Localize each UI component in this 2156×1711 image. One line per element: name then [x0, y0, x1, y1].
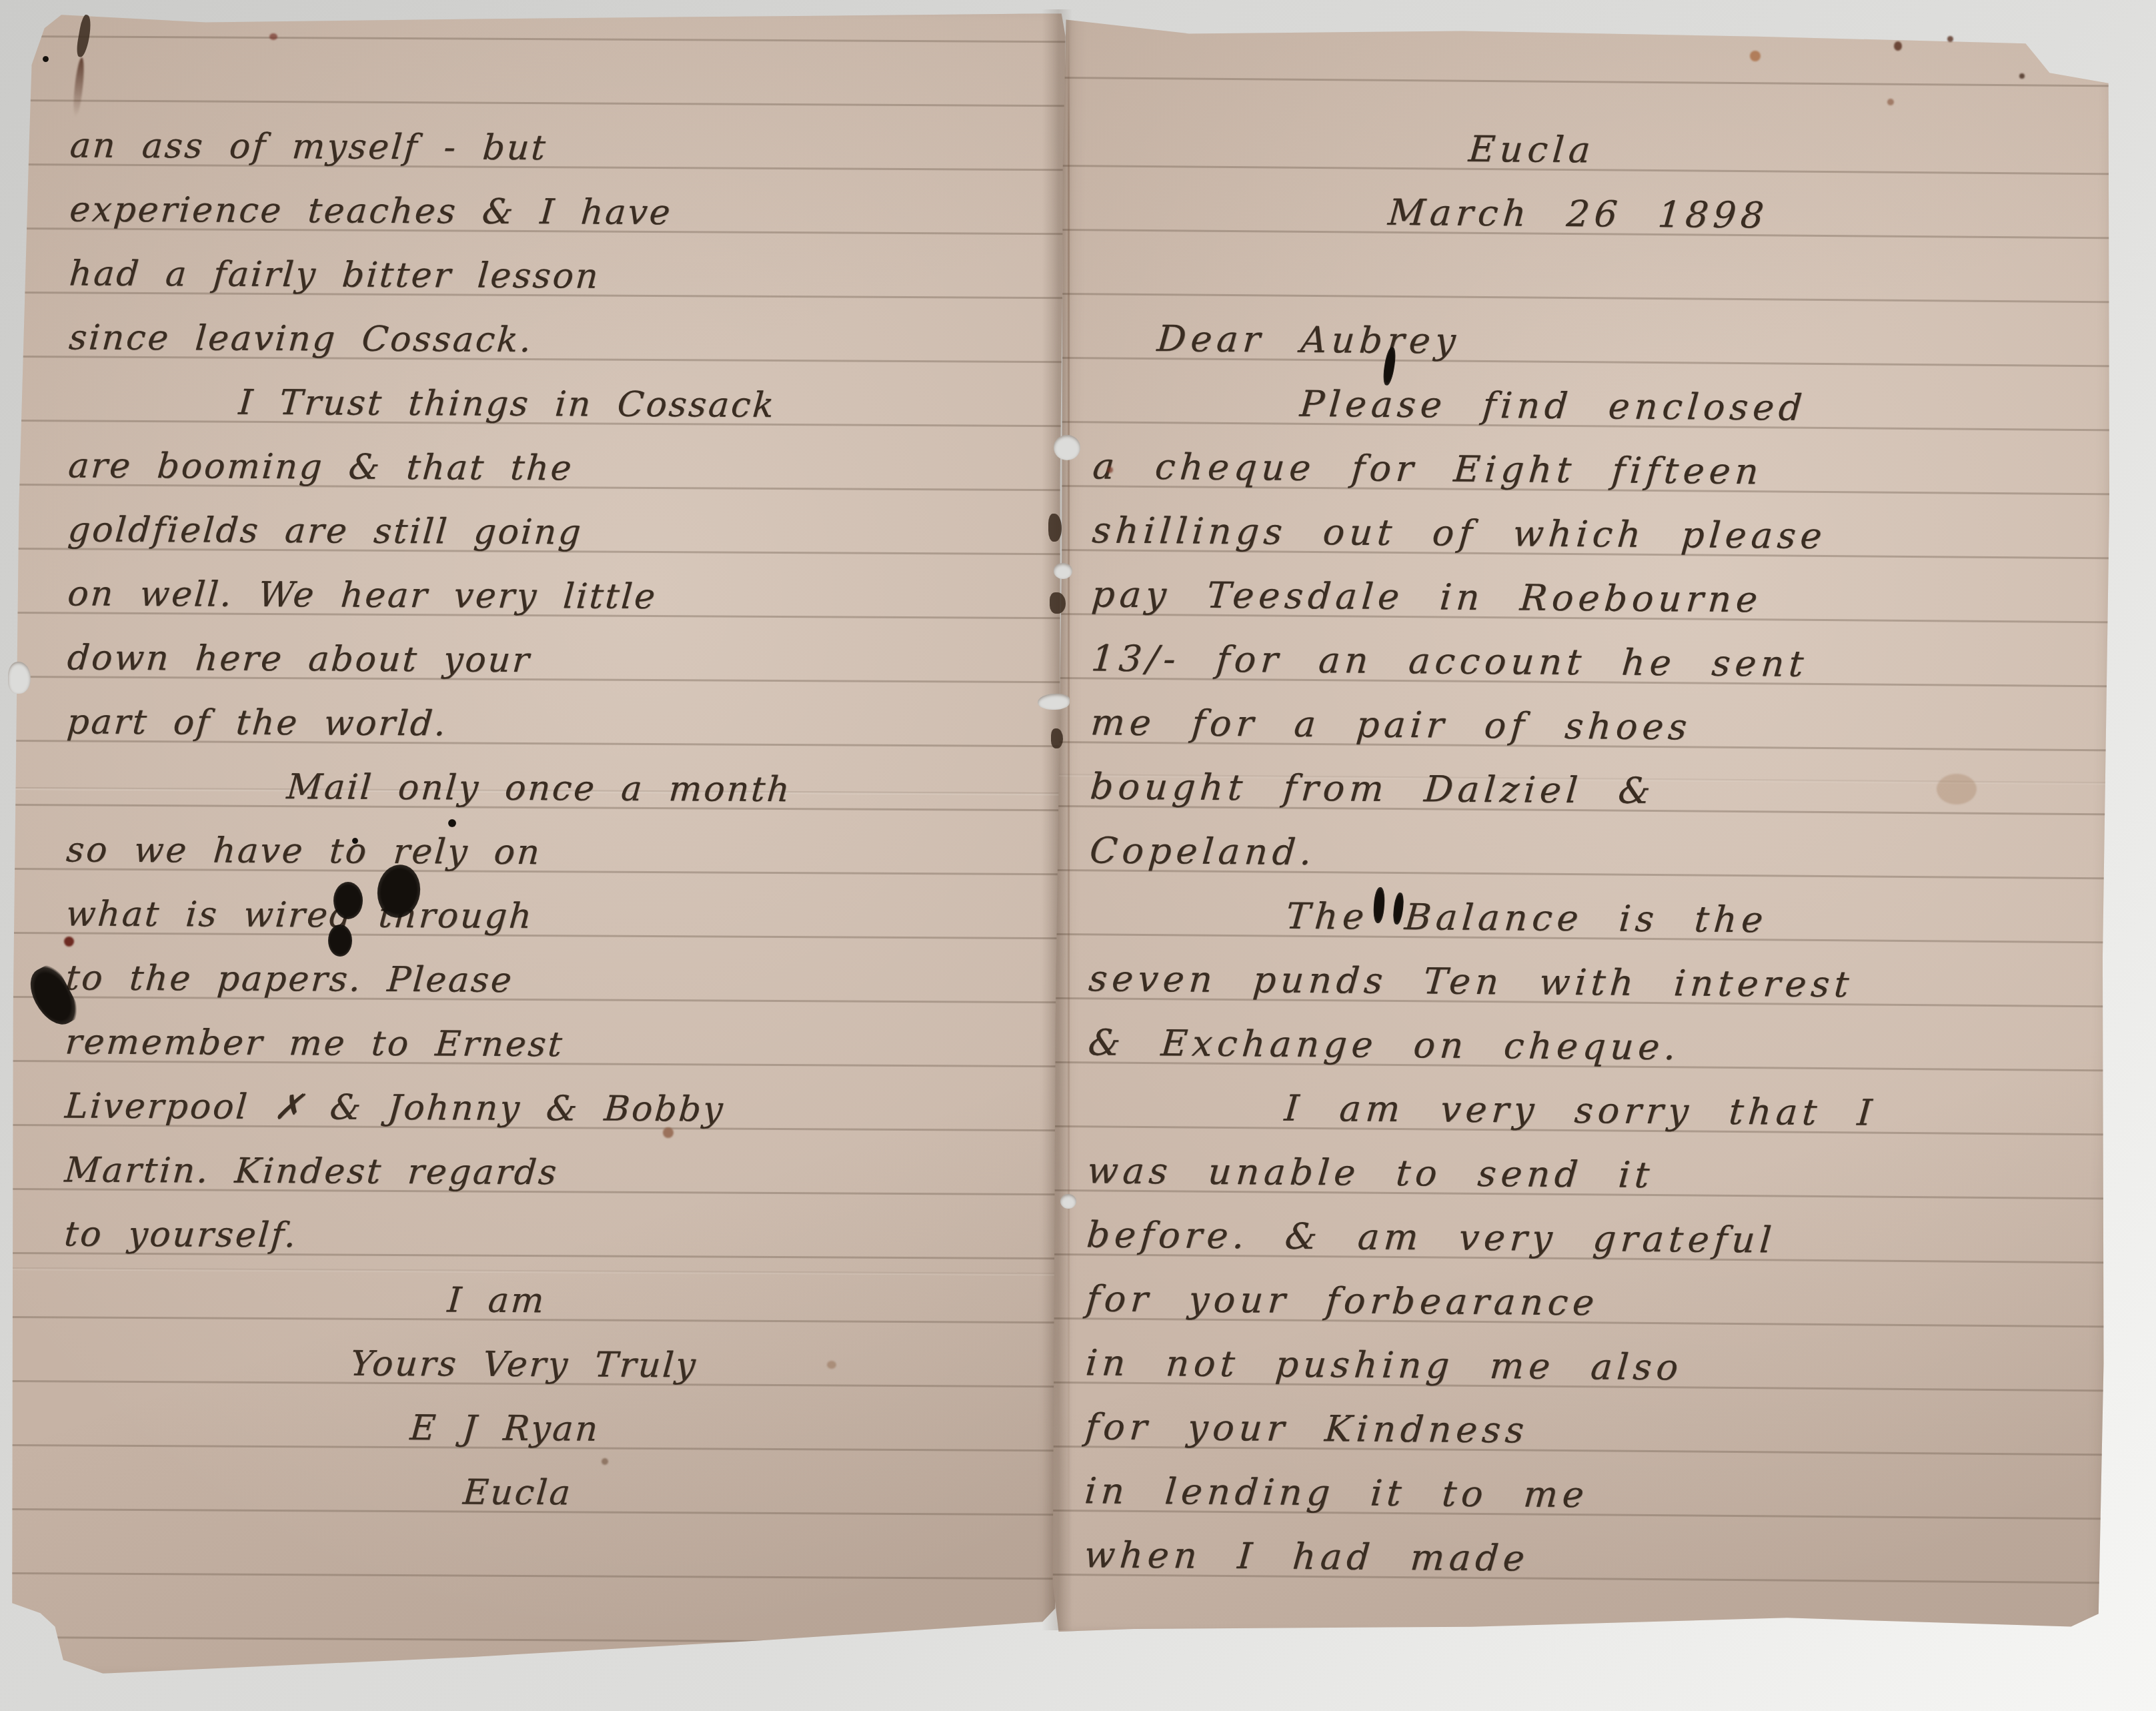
fold-dark-fleck — [1048, 514, 1062, 542]
handwriting-line: remember me to Ernest — [64, 998, 1060, 1067]
handwriting-line: Mail only once a month — [65, 742, 1062, 811]
fold-dark-fleck — [1051, 728, 1063, 748]
handwriting-text: me for a pair of shoes — [1089, 701, 1693, 748]
edge-tear-notch — [8, 662, 31, 694]
handwriting-line: & Exchange on cheque. — [1087, 999, 2108, 1071]
handwriting-line: to yourself. — [63, 1190, 1059, 1259]
rust-speck — [827, 1361, 836, 1369]
handwriting-text: Eucla — [461, 1473, 574, 1514]
rust-speck — [1750, 51, 1761, 61]
handwriting-line: Martin. Kindest regards — [63, 1126, 1060, 1195]
signature: E J Ryan — [62, 1382, 1058, 1452]
handwriting-line: goldfields are still going — [67, 486, 1063, 555]
handwriting-text: had a fairly bitter lesson — [68, 253, 602, 296]
handwriting-text: Copeland. — [1088, 829, 1318, 873]
handwriting-text: remember me to Ernest — [64, 1022, 566, 1065]
handwriting-line: to the papers. Please — [64, 934, 1060, 1003]
fold-tear-hole — [1054, 435, 1080, 460]
handwriting-text: when I had made — [1083, 1534, 1531, 1579]
handwriting-text: Dear Aubrey — [1156, 318, 1462, 362]
rust-speck — [1887, 99, 1894, 105]
letter-page-right: Eucla March 26 1898 Dear Aubrey Please f… — [1050, 7, 2115, 1640]
signature-place: Eucla — [61, 1446, 1058, 1516]
handwriting-text: seven punds Ten with interest — [1087, 957, 1855, 1005]
handwriting-line-with-strikeout: Liverpool ✗ & Johnny & Bobby — [63, 1062, 1060, 1131]
handwriting-line: shillings out of which please — [1091, 487, 2112, 559]
handwriting-text: Yours Very Truly — [349, 1344, 699, 1386]
handwriting-text: experience teaches & I have — [68, 189, 674, 233]
handwriting-text: part of the world. — [65, 702, 449, 744]
handwriting-text: what is wired through — [65, 894, 535, 937]
handwriting-text: Liverpool ✗ & Johnny & Bobby — [63, 1086, 726, 1129]
letter-page-left: an ass of myself - but experience teache… — [9, 8, 1066, 1678]
handwriting-text: a cheque for Eight fifteen — [1091, 445, 1765, 492]
blank-line — [1093, 231, 2114, 303]
handwriting-text: to yourself. — [63, 1214, 299, 1255]
handwriting-left: an ass of myself - but experience teache… — [9, 8, 1066, 1516]
handwriting-line: The Balance is the — [1088, 871, 2109, 943]
handwriting-line: since leaving Cossack. — [67, 294, 1064, 363]
handwriting-line: Please find enclosed — [1092, 359, 2113, 431]
handwriting-text: in not pushing me also — [1084, 1341, 1685, 1388]
handwriting-line: when I had made — [1083, 1512, 2104, 1584]
handwriting-line: Copeland. — [1088, 807, 2109, 879]
handwriting-text: shillings out of which please — [1091, 509, 1829, 557]
rust-speck — [663, 1127, 674, 1138]
handwriting-text: on well. We hear very little — [66, 574, 658, 617]
handwriting-text: Mail only once a month — [285, 767, 793, 810]
handwriting-text: Eucla — [1467, 128, 1596, 171]
fold-tear-hole — [1060, 1194, 1076, 1209]
fold-tear-hole — [1038, 694, 1070, 710]
handwriting-text: before. & am very grateful — [1085, 1213, 1777, 1261]
fold-dark-fleck — [1050, 592, 1066, 614]
closing-signoff: Yours Very Truly — [62, 1318, 1058, 1387]
closing-i-am: I am — [63, 1254, 1059, 1323]
fold-tear-hole — [1054, 563, 1072, 579]
handwriting-text: Martin. Kindest regards — [63, 1150, 560, 1193]
handwriting-text: March 26 1898 — [1386, 191, 1770, 236]
handwriting-text: 13/- for an account he sent — [1090, 637, 1809, 684]
ink-blot — [328, 925, 352, 957]
heading-date: March 26 1898 — [1093, 167, 2114, 239]
handwriting-line: was unable to send it — [1086, 1127, 2107, 1199]
handwriting-text: are booming & that the — [67, 446, 575, 488]
rust-speck — [1947, 36, 1953, 42]
rust-speck — [2019, 73, 2025, 79]
rust-speck — [1894, 41, 1902, 51]
handwriting-text: I am — [446, 1280, 548, 1321]
rust-speck — [269, 33, 277, 40]
handwriting-text: & Exchange on cheque. — [1087, 1021, 1683, 1068]
handwriting-text: down here about your — [66, 638, 533, 680]
handwriting-text: in lending it to me — [1083, 1470, 1590, 1516]
photo-of-letter: { "document": { "kind": "Handwritten ink… — [0, 0, 2156, 1711]
paper-stain — [1937, 774, 1977, 804]
handwriting-text: since leaving Cossack. — [67, 318, 534, 360]
handwriting-line: 13/- for an account he sent — [1090, 615, 2111, 687]
ink-speck — [352, 838, 358, 844]
handwriting-line: for your forbearance — [1085, 1255, 2106, 1327]
handwriting-text: so we have to rely on — [65, 830, 543, 873]
handwriting-text: for your forbearance — [1085, 1277, 1600, 1323]
rust-speck — [602, 1458, 608, 1465]
handwriting-text: goldfields are still going — [67, 510, 584, 552]
heading-place: Eucla — [1094, 103, 2115, 175]
handwriting-line: had a fairly bitter lesson — [68, 229, 1064, 299]
handwriting-text: I Trust things in Cossack — [237, 383, 777, 426]
handwriting-text: was unable to send it — [1086, 1149, 1655, 1196]
handwriting-line: are booming & that the — [67, 422, 1063, 491]
ink-blot — [333, 882, 363, 919]
handwriting-line: an ass of myself - but — [69, 101, 1065, 171]
handwriting-text: The Balance is the — [1284, 895, 1769, 941]
rust-speck — [1107, 467, 1113, 473]
ink-speck — [448, 819, 456, 827]
handwriting-text: Please find enclosed — [1298, 383, 1808, 429]
handwriting-text: I am very sorry that I — [1283, 1087, 1878, 1134]
handwriting-text: for your Kindness — [1084, 1405, 1530, 1451]
handwriting-line: me for a pair of shoes — [1089, 679, 2110, 751]
handwriting-line: so we have to rely on — [65, 806, 1061, 875]
handwriting-text: bought from Dalziel & — [1089, 765, 1657, 812]
handwriting-text: E J Ryan — [409, 1408, 601, 1449]
handwriting-text: to the papers. Please — [64, 958, 515, 1000]
handwriting-line: seven punds Ten with interest — [1087, 935, 2108, 1007]
salutation: Dear Aubrey — [1092, 295, 2113, 367]
ink-speck — [43, 56, 49, 62]
handwriting-line: for your Kindness — [1084, 1383, 2105, 1456]
handwriting-line: part of the world. — [65, 678, 1062, 747]
handwriting-line: before. & am very grateful — [1085, 1191, 2106, 1263]
handwriting-line: a cheque for Eight fifteen — [1091, 423, 2112, 495]
rust-speck — [64, 937, 74, 947]
handwriting-line: down here about your — [66, 614, 1062, 683]
handwriting-line: what is wired through — [65, 870, 1061, 939]
handwriting-line: pay Teesdale in Roebourne — [1090, 551, 2111, 623]
handwriting-line: I Trust things in Cossack — [67, 358, 1064, 427]
handwriting-line: in not pushing me also — [1084, 1319, 2105, 1391]
handwriting-line: on well. We hear very little — [66, 550, 1062, 619]
handwriting-line: experience teaches & I have — [68, 165, 1064, 235]
handwriting-text: an ass of myself - but — [69, 125, 549, 168]
handwriting-line: I am very sorry that I — [1086, 1063, 2107, 1135]
handwriting-line: in lending it to me — [1083, 1448, 2104, 1520]
handwriting-text: pay Teesdale in Roebourne — [1090, 573, 1764, 620]
center-fold-crease-line — [1068, 13, 1070, 1621]
